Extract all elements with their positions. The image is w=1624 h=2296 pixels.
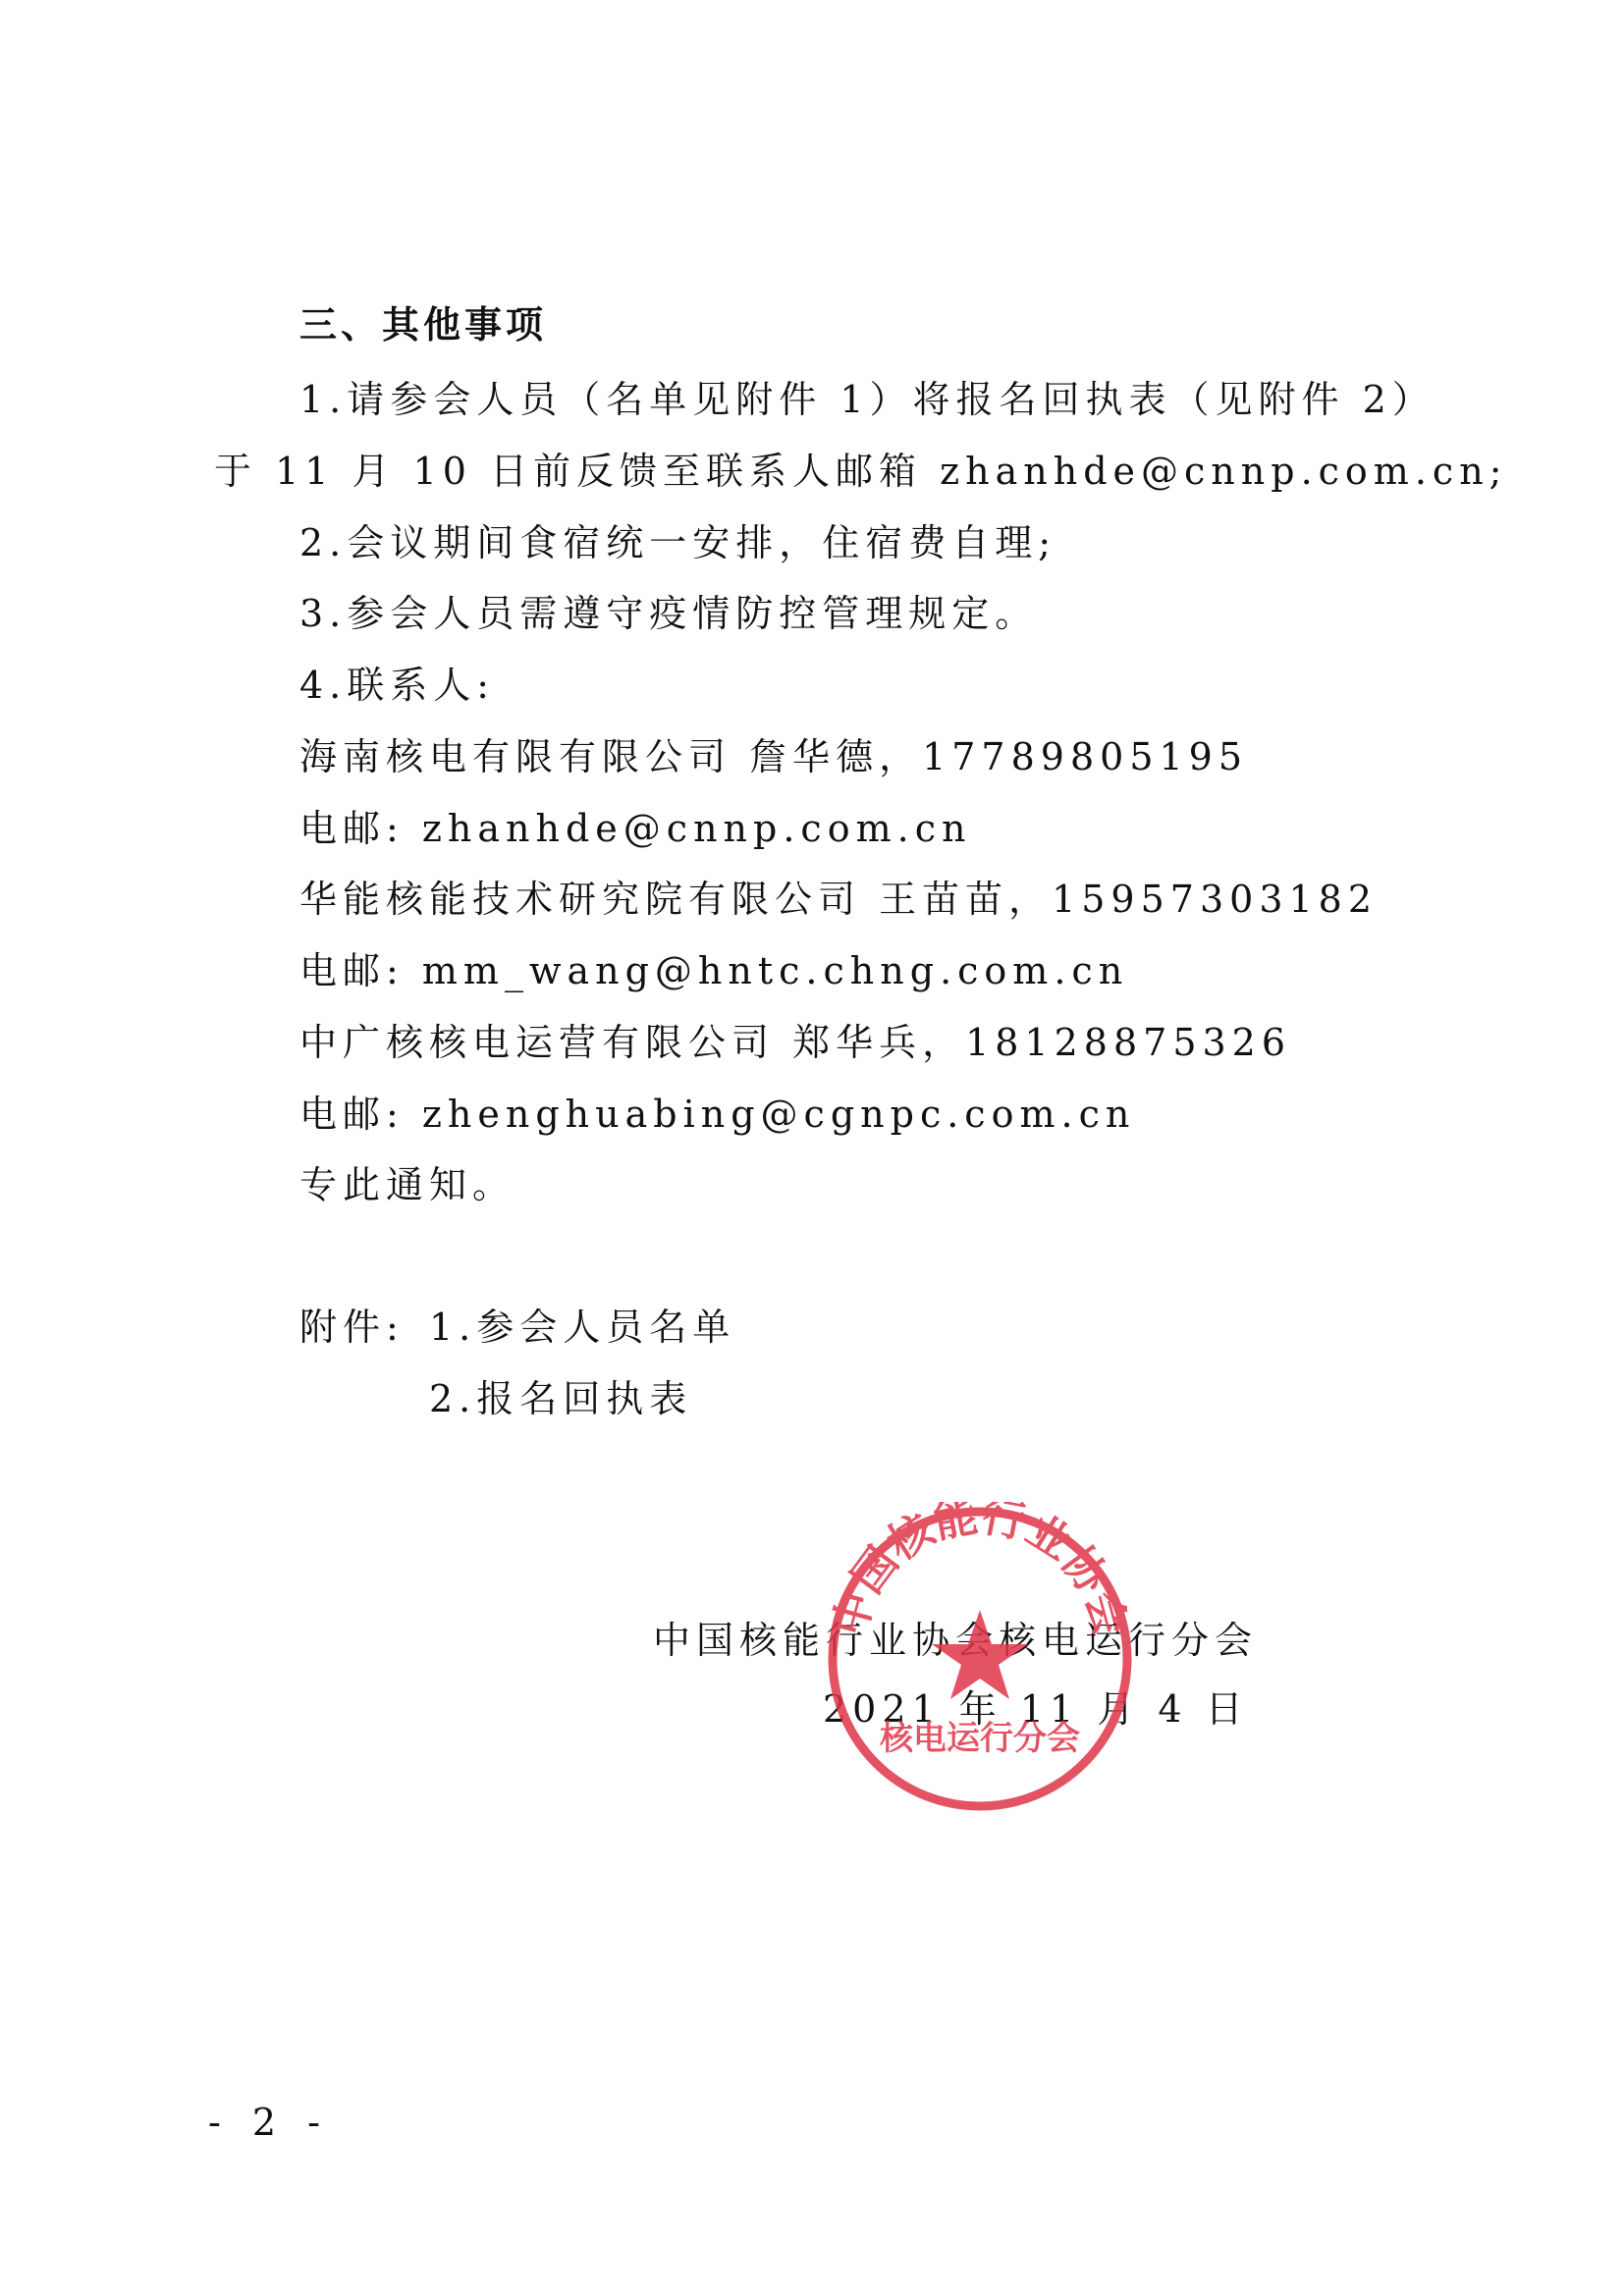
attachment-1: 1.参会人员名单 <box>429 1308 735 1346</box>
star-icon <box>932 1610 1028 1699</box>
page-number: - 2 - <box>208 2101 330 2144</box>
contact-2-email: 电邮: mm_wang@hntc.chng.com.cn <box>299 952 1128 989</box>
closing: 专此通知。 <box>299 1166 515 1203</box>
official-seal-stamp: 中国核能行业协会 核电运行分会 <box>823 1502 1137 1816</box>
contact-3-email: 电邮: zhenghuabing@cgnpc.com.cn <box>299 1095 1135 1133</box>
contact-1-email: 电邮: zhanhde@cnnp.com.cn <box>299 810 971 847</box>
item-2: 2.会议期间食宿统一安排，住宿费自理; <box>299 524 1056 561</box>
contact-2-org: 华能核能技术研究院有限公司 王苗苗，15957303182 <box>299 881 1378 918</box>
stamp-bottom-text: 核电运行分会 <box>880 1719 1080 1758</box>
item-3: 3.参会人员需遵守疫情防控管理规定。 <box>299 595 1038 632</box>
contact-1-org: 海南核电有限有限公司 詹华德，17789805195 <box>299 738 1248 775</box>
attachment-2: 2.报名回执表 <box>429 1380 692 1417</box>
contact-3-org: 中广核核电运营有限公司 郑华兵，18128875326 <box>299 1024 1291 1061</box>
attachments-label: 附件: <box>299 1308 405 1346</box>
item-1-cont: 于 11 月 10 日前反馈至联系人邮箱 zhanhde@cnnp.com.cn… <box>214 453 1507 490</box>
section-heading: 三、其他事项 <box>299 306 547 344</box>
item-1: 1.请参会人员（名单见附件 1）将报名回执表（见附件 2） <box>299 381 1435 418</box>
item-4: 4.联系人: <box>299 667 495 704</box>
